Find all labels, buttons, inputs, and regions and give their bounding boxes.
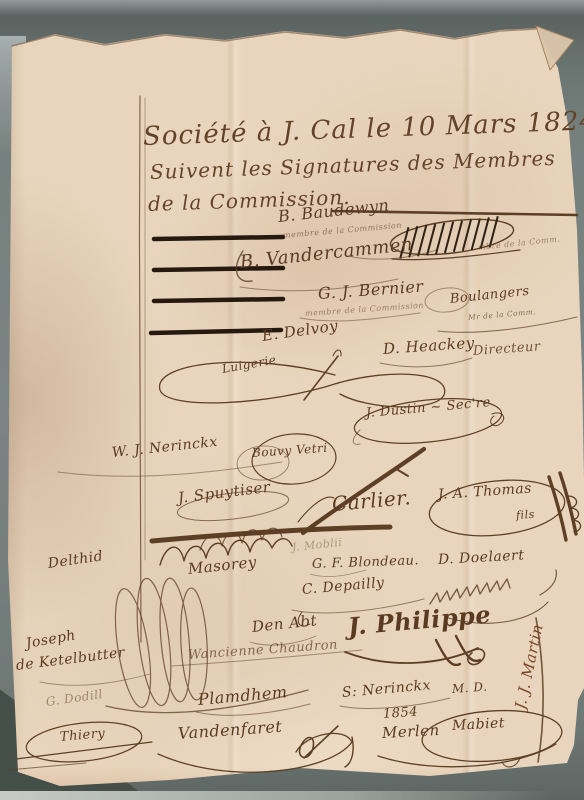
scanned-manuscript-page: Société à J. Cal le 10 Mars 1824. Suiven… [0,0,584,800]
signature-vandenfaret: Vandenfaret [177,717,283,743]
signature-bouvy: Bouvy Vetri [252,441,329,460]
signature-masorey: Masorey [187,553,258,578]
signature-mabiet: Mabiet [452,715,506,734]
signature-wancienne: Wancienne Chaudron [187,638,338,663]
signature-depailly: C. Depailly [301,575,385,598]
signature-boulanger-title: Mr de la Comm. [468,307,537,322]
signature-boulanger: Boulangers [449,284,530,307]
signature-den-abt: Den Abt [251,611,318,636]
signature-luigerie: Luigerie [221,353,278,376]
signature-merlen: Merlen [382,721,441,742]
signature-blondeau: G. F. Blondeau. [312,553,420,572]
signature-baudewyn: B. Baudewyn [277,195,390,226]
signature-year: 1854 [382,705,418,722]
signature-thomas: J. A. Thomas [437,480,532,503]
signature-nerinckx-s: S: Nerinckx [341,677,431,701]
signature-nerinckx-w: W. J. Nerinckx [111,434,218,461]
signature-delvoy: E. Delvoy [261,316,339,344]
signature-thomas-fils: fils [516,508,536,522]
signature-delthid: Delthid [47,548,104,572]
signature-heackey-title: Directeur [472,339,541,359]
signature-spuytiser: J. Spuytiser [177,478,271,507]
signature-heackey: D. Heackey [382,334,475,358]
signature-dustin: J. Dustin ~ Sec're [365,395,491,421]
signature-joseph: Joseph [25,627,78,652]
signatures-layer: B. Baudewynmembre de la Commissionmbre d… [0,0,584,800]
signature-plamdhem: Plamdhem [197,682,288,709]
signature-nerinckx-md: M. D. [452,680,488,696]
signature-thiery: Thiery [59,726,106,745]
signature-doelaert: D. Doelaert [438,547,525,568]
signature-philippe: J. Philippe [347,600,492,641]
signature-faint-name: J. Moblii [291,536,343,554]
signature-bernier: G. J. Bernier [317,277,424,303]
signature-martin-vertical: J. J. Martin [511,622,547,711]
signature-carlier: Carlier. [331,485,412,516]
signature-bernier-title: membre de la Commission [305,301,425,318]
signature-membre-note-right: mbre de la Comm. [478,234,561,252]
signature-vandercammen: B. Vandercammen [239,234,414,273]
signature-dodill: G. Dodill [45,687,104,709]
